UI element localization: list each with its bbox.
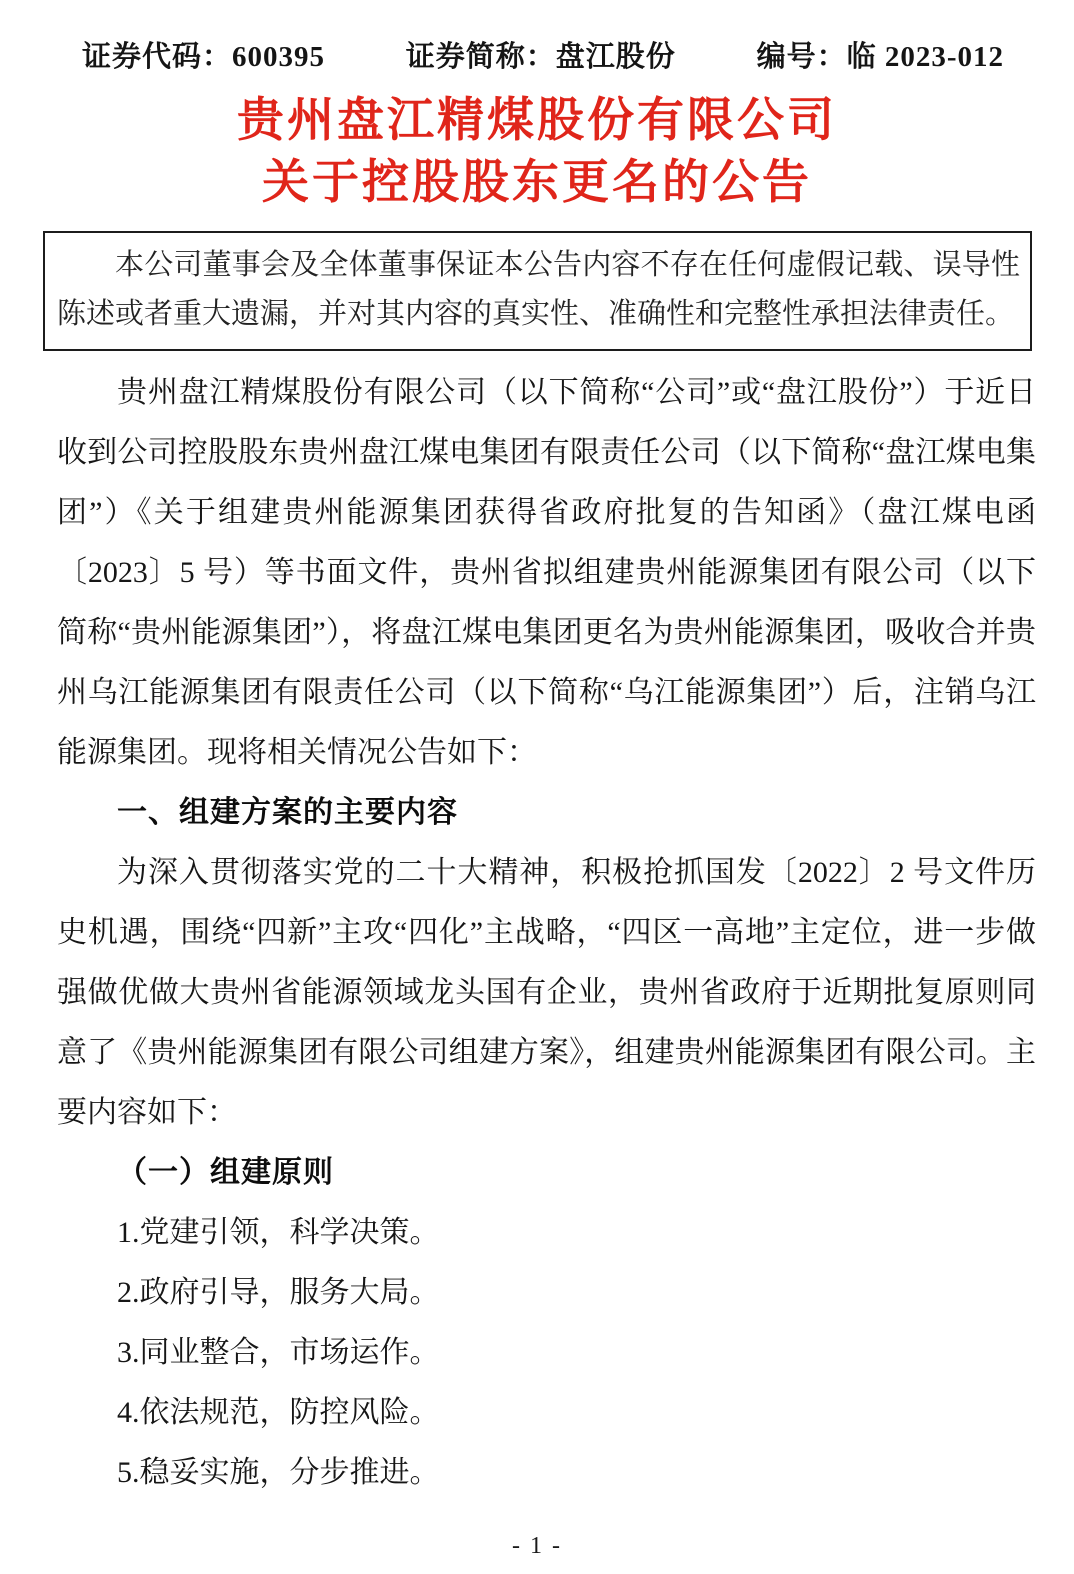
announcement-number: 编号：临 2023-012	[757, 34, 1004, 75]
principle-item-1: 1.党建引领，科学决策。	[57, 1203, 1036, 1263]
stock-short-name: 证券简称：盘江股份	[406, 34, 676, 75]
paragraph-intro: 贵州盘江精煤股份有限公司（以下简称“公司”或“盘江股份”）于近日收到公司控股股东…	[57, 363, 1036, 783]
title-line-2: 关于控股股东更名的公告	[0, 151, 1074, 213]
disclaimer-box: 本公司董事会及全体董事保证本公告内容不存在任何虚假记载、误导性陈述或者重大遗漏，…	[43, 231, 1032, 351]
document-body: 贵州盘江精煤股份有限公司（以下简称“公司”或“盘江股份”）于近日收到公司控股股东…	[57, 363, 1036, 1503]
page-footer: - 1 -	[0, 1533, 1074, 1560]
announcement-document: 证券代码：600395 证券简称：盘江股份 编号：临 2023-012 贵州盘江…	[0, 0, 1074, 1574]
principle-item-4: 4.依法规范，防控风险。	[57, 1383, 1036, 1443]
stock-code: 证券代码：600395	[82, 34, 325, 75]
subsection-heading-principles: （一）组建原则	[57, 1143, 1036, 1203]
section-heading-1: 一、组建方案的主要内容	[57, 783, 1036, 843]
principle-item-3: 3.同业整合，市场运作。	[57, 1323, 1036, 1383]
paragraph-plan-background: 为深入贯彻落实党的二十大精神，积极抢抓国发〔2022〕2 号文件历史机遇，围绕“…	[57, 843, 1036, 1143]
title-line-1: 贵州盘江精煤股份有限公司	[0, 89, 1074, 151]
principle-item-5: 5.稳妥实施，分步推进。	[57, 1443, 1036, 1503]
disclaimer-text: 本公司董事会及全体董事保证本公告内容不存在任何虚假记载、误导性陈述或者重大遗漏，…	[57, 241, 1020, 339]
document-header: 证券代码：600395 证券简称：盘江股份 编号：临 2023-012	[0, 0, 1074, 75]
document-title: 贵州盘江精煤股份有限公司 关于控股股东更名的公告	[0, 89, 1074, 213]
principle-item-2: 2.政府引导，服务大局。	[57, 1263, 1036, 1323]
page-number: - 1 -	[512, 1533, 562, 1559]
